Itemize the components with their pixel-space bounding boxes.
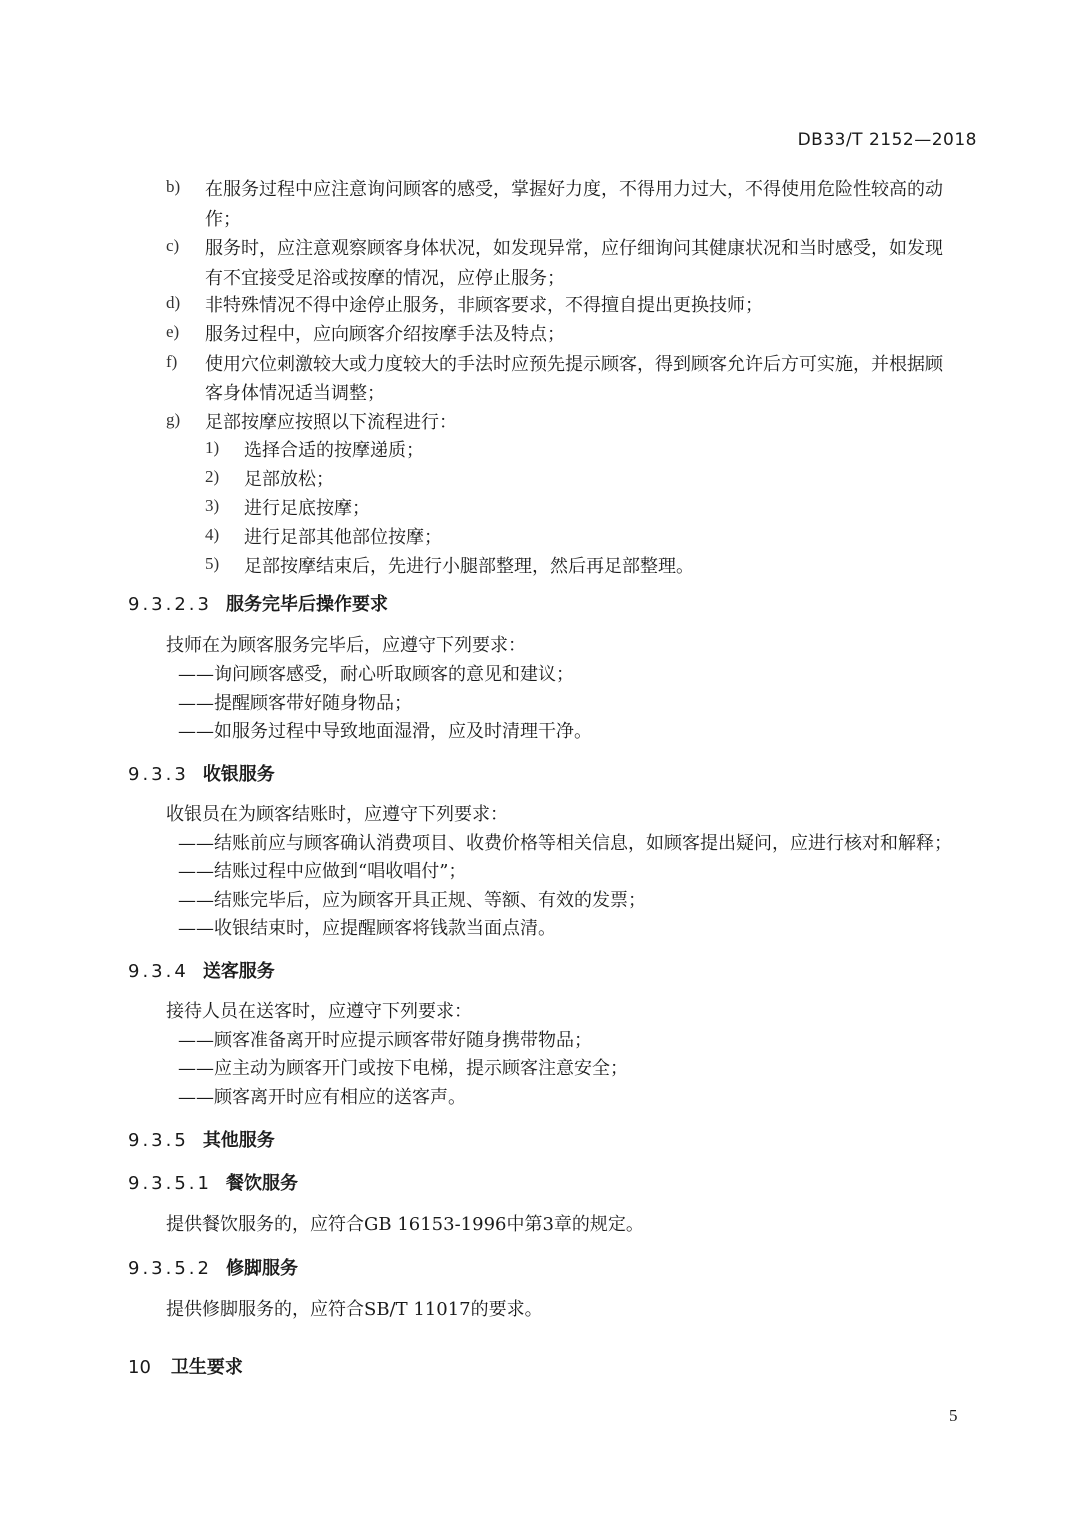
document-code: DB33/T 2152—2018: [798, 130, 977, 150]
sub-item-label: 1): [205, 438, 219, 458]
dash-item: ——顾客准备离开时应提示顾客带好随身携带物品；: [178, 1026, 592, 1052]
section-heading: 9.3.5其他服务: [128, 1126, 275, 1152]
dash-item: ——询问顾客感受，耐心听取顾客的意见和建议；: [178, 660, 574, 686]
section-number: 9.3.4: [128, 961, 189, 982]
list-item-text: 在服务过程中应注意询问顾客的感受，掌握好力度，不得用力过大，不得使用危险性较高的…: [205, 175, 943, 201]
section-number: 9.3.2.3: [128, 594, 212, 615]
section-heading: 9.3.3收银服务: [128, 760, 275, 786]
section-number: 9.3.5.1: [128, 1173, 212, 1194]
section-heading: 9.3.2.3服务完毕后操作要求: [128, 590, 388, 616]
sub-item-text: 足部放松；: [244, 465, 334, 491]
sub-item-label: 3): [205, 496, 219, 516]
section-title: 送客服务: [203, 961, 275, 982]
section-heading: 9.3.5.2修脚服务: [128, 1254, 298, 1280]
dash-item: ——如服务过程中导致地面湿滑，应及时清理干净。: [178, 717, 592, 743]
section-title: 修脚服务: [226, 1258, 298, 1279]
section-intro: 提供修脚服务的，应符合SB/T 11017的要求。: [166, 1295, 543, 1321]
list-item-text: 使用穴位刺激较大或力度较大的手法时应预先提示顾客，得到顾客允许后方可实施，并根据…: [205, 350, 943, 376]
section-intro: 收银员在为顾客结账时，应遵守下列要求：: [166, 800, 508, 826]
dash-item: ——收银结束时，应提醒顾客将钱款当面点清。: [178, 914, 556, 940]
section-number: 9.3.5.2: [128, 1258, 212, 1279]
dash-item: ——结账过程中应做到“唱收唱付”；: [178, 857, 466, 883]
list-label: b): [166, 177, 180, 197]
dash-item: ——结账前应与顾客确认消费项目、收费价格等相关信息，如顾客提出疑问，应进行核对和…: [178, 829, 952, 855]
sub-item-label: 2): [205, 467, 219, 487]
list-label: f): [166, 352, 177, 372]
section-intro: 技师在为顾客服务完毕后，应遵守下列要求：: [166, 631, 526, 657]
list-item-text: 客身体情况适当调整；: [205, 379, 385, 405]
dash-item: ——顾客离开时应有相应的送客声。: [178, 1083, 466, 1109]
section-title: 其他服务: [203, 1130, 275, 1151]
section-title: 餐饮服务: [226, 1173, 298, 1194]
list-item-text: 有不宜接受足浴或按摩的情况，应停止服务；: [205, 264, 565, 290]
list-label: d): [166, 293, 180, 313]
section-number: 9.3.5: [128, 1130, 189, 1151]
sub-item-text: 足部按摩结束后，先进行小腿部整理，然后再足部整理。: [244, 552, 694, 578]
dash-item: ——提醒顾客带好随身物品；: [178, 689, 412, 715]
section-title: 收银服务: [203, 764, 275, 785]
section-heading: 9.3.4送客服务: [128, 957, 275, 983]
sub-item-text: 进行足部其他部位按摩；: [244, 523, 442, 549]
sub-item-text: 选择合适的按摩递质；: [244, 436, 424, 462]
section-intro: 提供餐饮服务的，应符合GB 16153-1996中第3章的规定。: [166, 1210, 644, 1236]
sub-item-label: 5): [205, 554, 219, 574]
chapter-title: 卫生要求: [171, 1357, 243, 1378]
chapter-number: 10: [128, 1357, 151, 1378]
list-item-text: 服务过程中，应向顾客介绍按摩手法及特点；: [205, 320, 565, 346]
sub-item-text: 进行足底按摩；: [244, 494, 370, 520]
list-label: e): [166, 322, 179, 342]
dash-item: ——结账完毕后，应为顾客开具正规、等额、有效的发票；: [178, 886, 646, 912]
section-intro: 接待人员在送客时，应遵守下列要求：: [166, 997, 472, 1023]
list-item-text: 足部按摩应按照以下流程进行：: [205, 408, 457, 434]
section-title: 服务完毕后操作要求: [226, 594, 388, 615]
list-label: g): [166, 410, 180, 430]
section-number: 9.3.3: [128, 764, 189, 785]
list-item-text: 服务时，应注意观察顾客身体状况，如发现异常，应仔细询问其健康状况和当时感受，如发…: [205, 234, 943, 260]
list-item-text: 非特殊情况不得中途停止服务，非顾客要求，不得擅自提出更换技师；: [205, 291, 763, 317]
list-label: c): [166, 236, 179, 256]
chapter-heading: 10卫生要求: [128, 1353, 243, 1379]
dash-item: ——应主动为顾客开门或按下电梯，提示顾客注意安全；: [178, 1054, 628, 1080]
section-heading: 9.3.5.1餐饮服务: [128, 1169, 298, 1195]
list-item-text: 作；: [205, 205, 241, 231]
page-number: 5: [949, 1406, 958, 1426]
sub-item-label: 4): [205, 525, 219, 545]
